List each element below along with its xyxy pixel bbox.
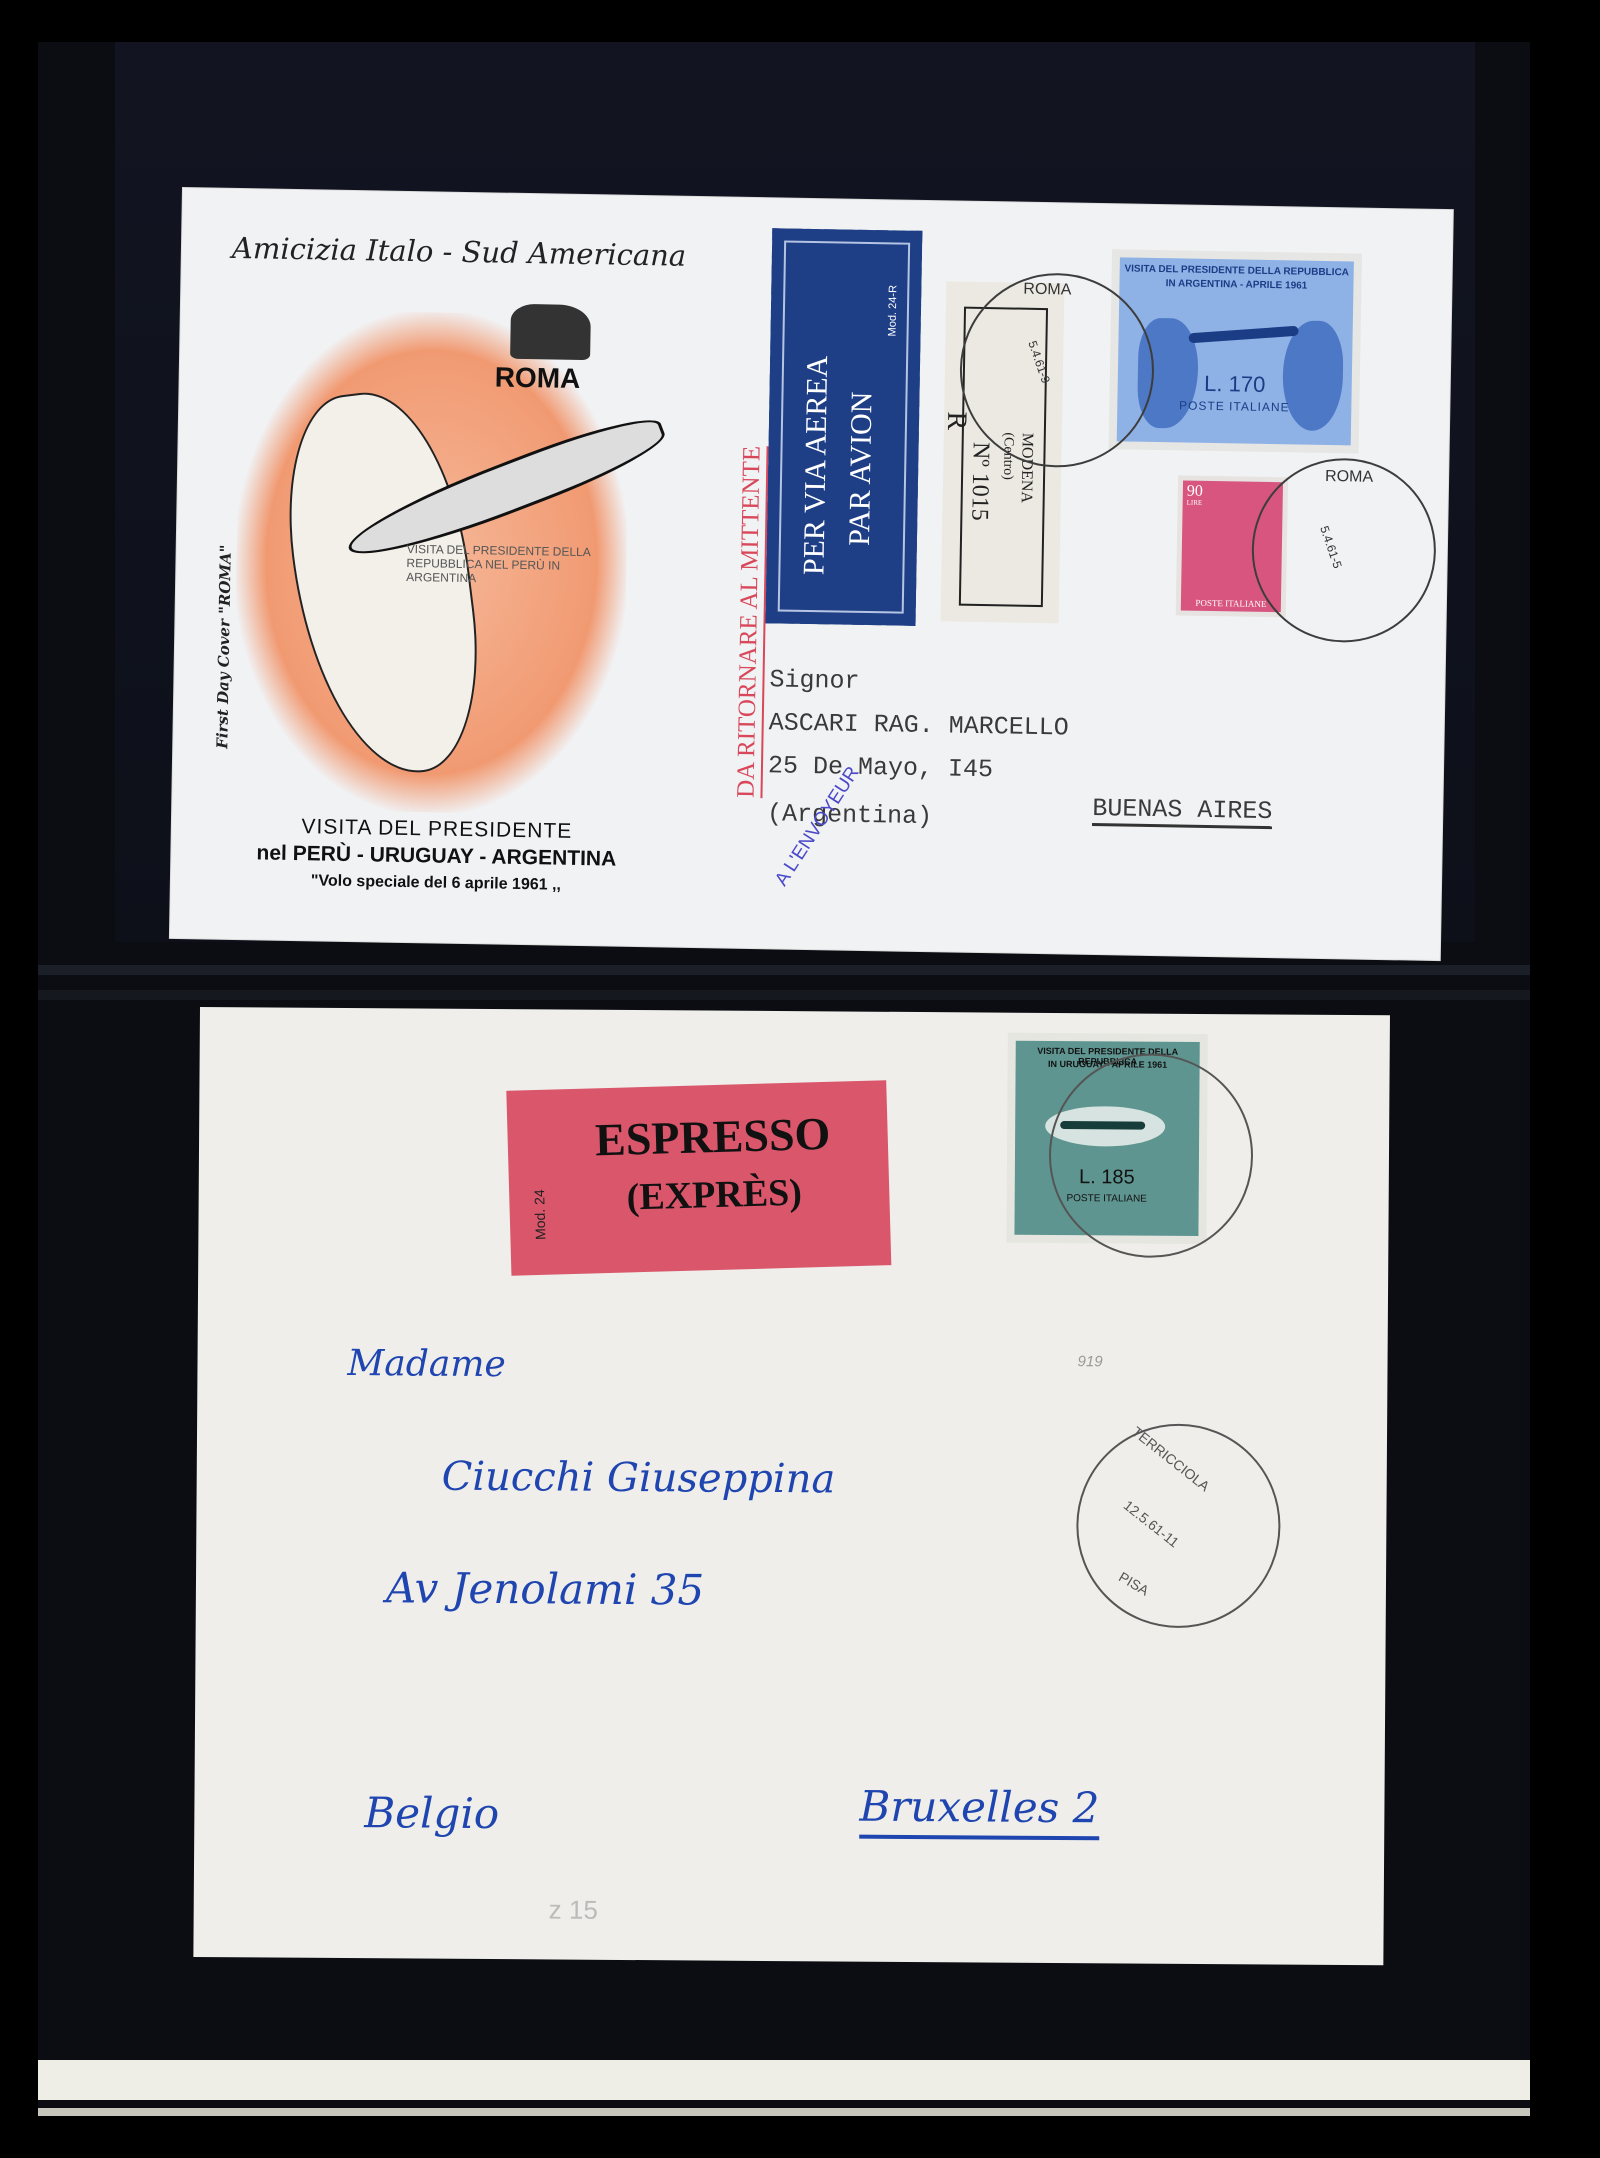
handwritten-salutation: Madame [347,1343,506,1385]
postmark-roma-aerea: ROMA 5.4.61-5 [1250,457,1437,644]
airmail-text-1: PER VIA AEREA [797,355,835,575]
registration-letter: R [940,411,972,430]
return-to-sender-stamp: DA RITORNARE AL MITTENTE [732,446,768,799]
recipient-city: BUENAS AIRES [1092,794,1273,829]
cover-header: Amicizia Italo - Sud Americana [232,231,687,273]
side-label: First Day Cover "ROMA" [213,544,235,749]
pencil-note: 919 [1077,1353,1102,1370]
caption-line-1: VISITA DEL PRESIDENTE [252,814,622,844]
handwritten-street: Av Jenolami 35 [386,1563,705,1614]
postmark-terricciola-2: TERRICCIOLA 12.5.61-11 PISA [1076,1423,1281,1628]
airplane-icon [1188,326,1298,344]
express-cover: ESPRESSO (EXPRÈS) Mod. 24 VISITA DEL PRE… [193,1007,1390,1965]
handwritten-name: Ciucchi Giuseppina [442,1454,836,1503]
roma-label: ROMA [494,361,580,394]
caption-line-2: nel PERÙ - URUGUAY - ARGENTINA [221,841,651,873]
next-cover-edge [38,2060,1530,2100]
next-cover-edge [38,2108,1530,2116]
handwritten-city: Bruxelles 2 [859,1782,1099,1841]
caption-line-3: "Volo speciale del 6 aprile 1961 ,, [251,871,621,895]
first-day-cover: Amicizia Italo - Sud Americana First Day… [170,188,1453,960]
album-rail [38,965,1530,975]
handwritten-country: Belgio [364,1788,499,1838]
airmail-text-2: PAR AVION [843,391,880,546]
postmark-terricciola-1 [1048,1053,1253,1258]
airmail-model: Mod. 24-R [887,285,900,337]
express-label: ESPRESSO (EXPRÈS) Mod. 24 [506,1080,891,1276]
album-rail [38,990,1530,1000]
cachet-postmark: VISITA DEL PRESIDENTE DELLA REPUBBLICA N… [406,542,607,587]
she-wolf-icon [510,304,591,360]
airmail-label: PER VIA AEREA PAR AVION Mod. 24-R [765,228,922,626]
registration-number: Nº 1015 [965,442,993,521]
pencil-note: z 15 [549,1894,598,1925]
